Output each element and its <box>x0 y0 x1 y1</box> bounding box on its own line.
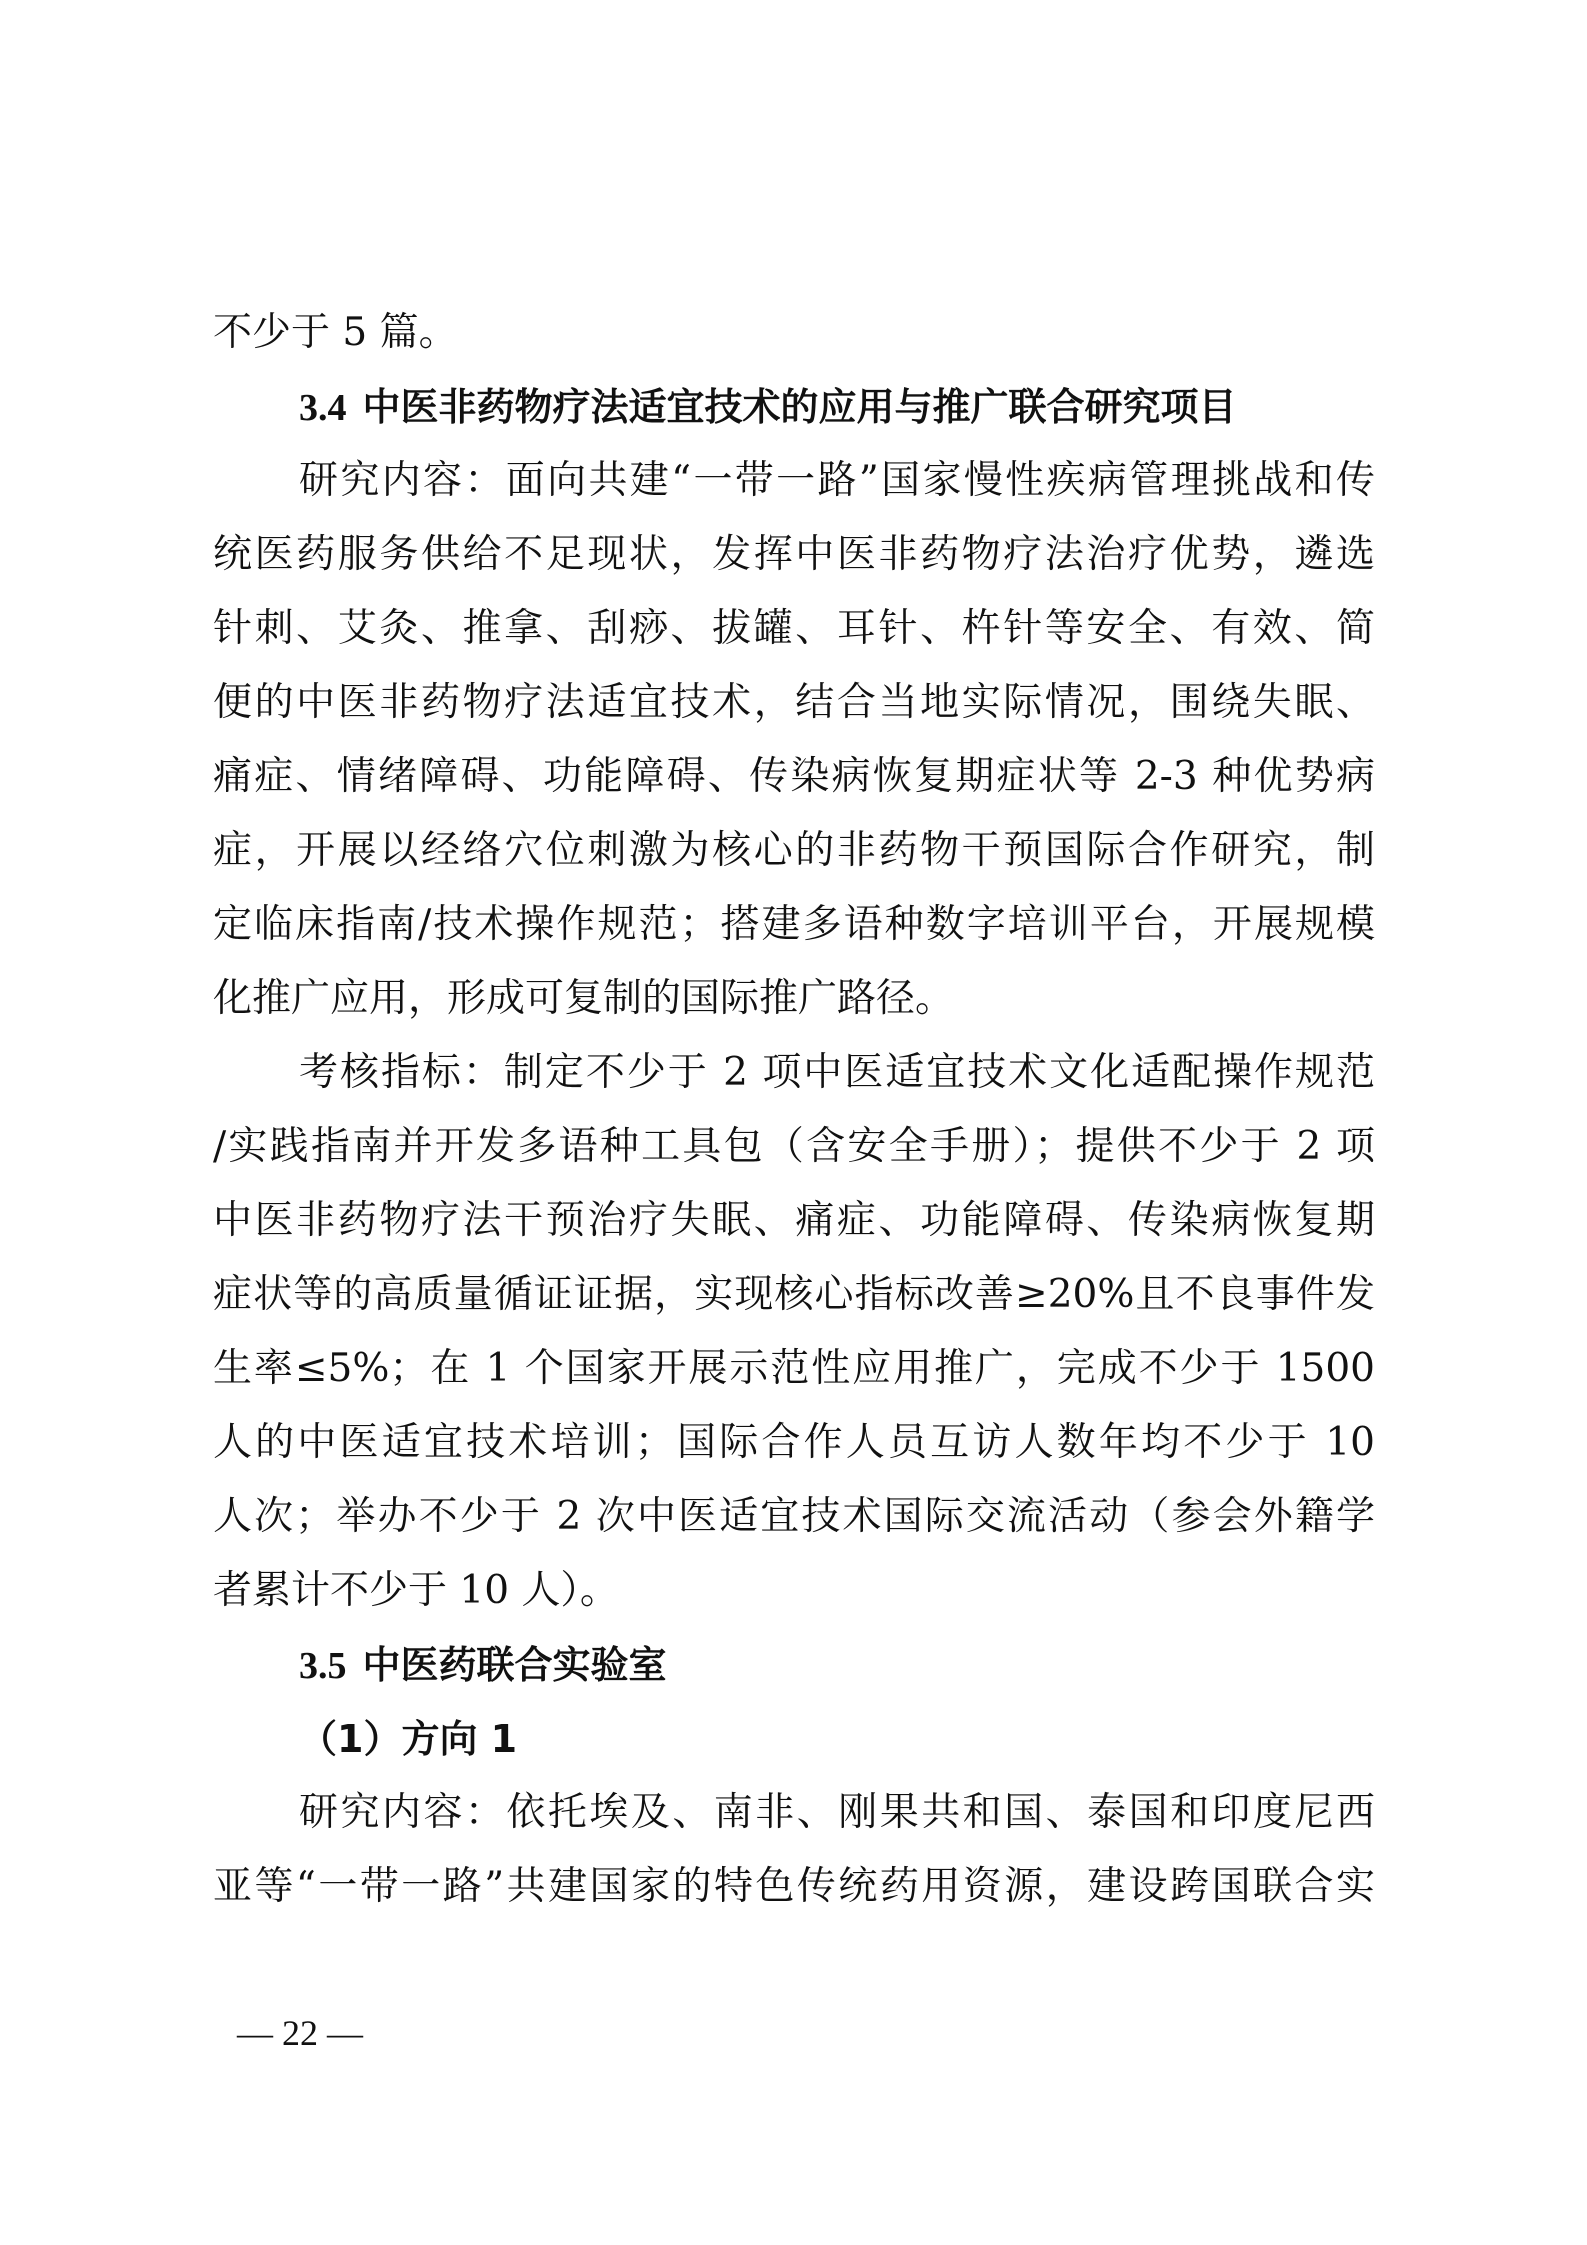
paragraph-line: 亚等“一带一路”共建国家的特色传统药用资源，建设跨国联合实 <box>213 1850 1375 1924</box>
section-heading-3-4: 3.4中医非药物疗法适宜技术的应用与推广联合研究项目 <box>213 370 1375 444</box>
paragraph-line: 定临床指南/技术操作规范；搭建多语种数字培训平台，开展规模 <box>213 888 1375 962</box>
paragraph-line: 者累计不少于 10 人）。 <box>213 1554 1375 1628</box>
paragraph-line: 生率≤5%；在 1 个国家开展示范性应用推广，完成不少于 1500 <box>213 1332 1375 1406</box>
section-title: 中医非药物疗法适宜技术的应用与推广联合研究项目 <box>363 385 1237 429</box>
document-page: 不少于 5 篇。 3.4中医非药物疗法适宜技术的应用与推广联合研究项目 研究内容… <box>0 0 1587 2245</box>
research-content-paragraph: 研究内容：面向共建“一带一路”国家慢性疾病管理挑战和传 统医药服务供给不足现状，… <box>213 444 1375 1036</box>
paragraph-line: 人的中医适宜技术培训；国际合作人员互访人数年均不少于 10 <box>213 1406 1375 1480</box>
paragraph-line: 中医非药物疗法干预治疗失眠、痛症、功能障碍、传染病恢复期 <box>213 1184 1375 1258</box>
paragraph-line: 考核指标：制定不少于 2 项中医适宜技术文化适配操作规范 <box>213 1036 1375 1110</box>
paragraph-line: /实践指南并开发多语种工具包（含安全手册）；提供不少于 2 项 <box>213 1110 1375 1184</box>
paragraph-line: 人次；举办不少于 2 次中医适宜技术国际交流活动（参会外籍学 <box>213 1480 1375 1554</box>
paragraph-line: 症状等的高质量循证证据，实现核心指标改善≥20%且不良事件发 <box>213 1258 1375 1332</box>
paragraph-continuation-line: 不少于 5 篇。 <box>213 296 1375 370</box>
paragraph-line: 症，开展以经络穴位刺激为核心的非药物干预国际合作研究，制 <box>213 814 1375 888</box>
paragraph-line: 研究内容：面向共建“一带一路”国家慢性疾病管理挑战和传 <box>213 444 1375 518</box>
subsection-heading-direction-1: （1）方向 1 <box>213 1702 1375 1776</box>
paragraph-line: 针刺、艾灸、推拿、刮痧、拔罐、耳针、杵针等安全、有效、简 <box>213 592 1375 666</box>
paragraph-line: 便的中医非药物疗法适宜技术，结合当地实际情况，围绕失眠、 <box>213 666 1375 740</box>
research-content-paragraph: 研究内容：依托埃及、南非、刚果共和国、泰国和印度尼西 亚等“一带一路”共建国家的… <box>213 1776 1375 1924</box>
section-title: 中医药联合实验室 <box>363 1643 667 1687</box>
paragraph-line: 统医药服务供给不足现状，发挥中医非药物疗法治疗优势，遴选 <box>213 518 1375 592</box>
assessment-indicators-paragraph: 考核指标：制定不少于 2 项中医适宜技术文化适配操作规范 /实践指南并开发多语种… <box>213 1036 1375 1628</box>
paragraph-line: 研究内容：依托埃及、南非、刚果共和国、泰国和印度尼西 <box>213 1776 1375 1850</box>
section-heading-3-5: 3.5中医药联合实验室 <box>213 1628 1375 1702</box>
section-number: 3.4 <box>299 387 347 429</box>
document-body: 不少于 5 篇。 3.4中医非药物疗法适宜技术的应用与推广联合研究项目 研究内容… <box>213 296 1375 1924</box>
page-number: — 22 — <box>237 2012 363 2054</box>
paragraph-line: 痛症、情绪障碍、功能障碍、传染病恢复期症状等 2-3 种优势病 <box>213 740 1375 814</box>
paragraph-line: 化推广应用，形成可复制的国际推广路径。 <box>213 962 1375 1036</box>
section-number: 3.5 <box>299 1645 347 1687</box>
